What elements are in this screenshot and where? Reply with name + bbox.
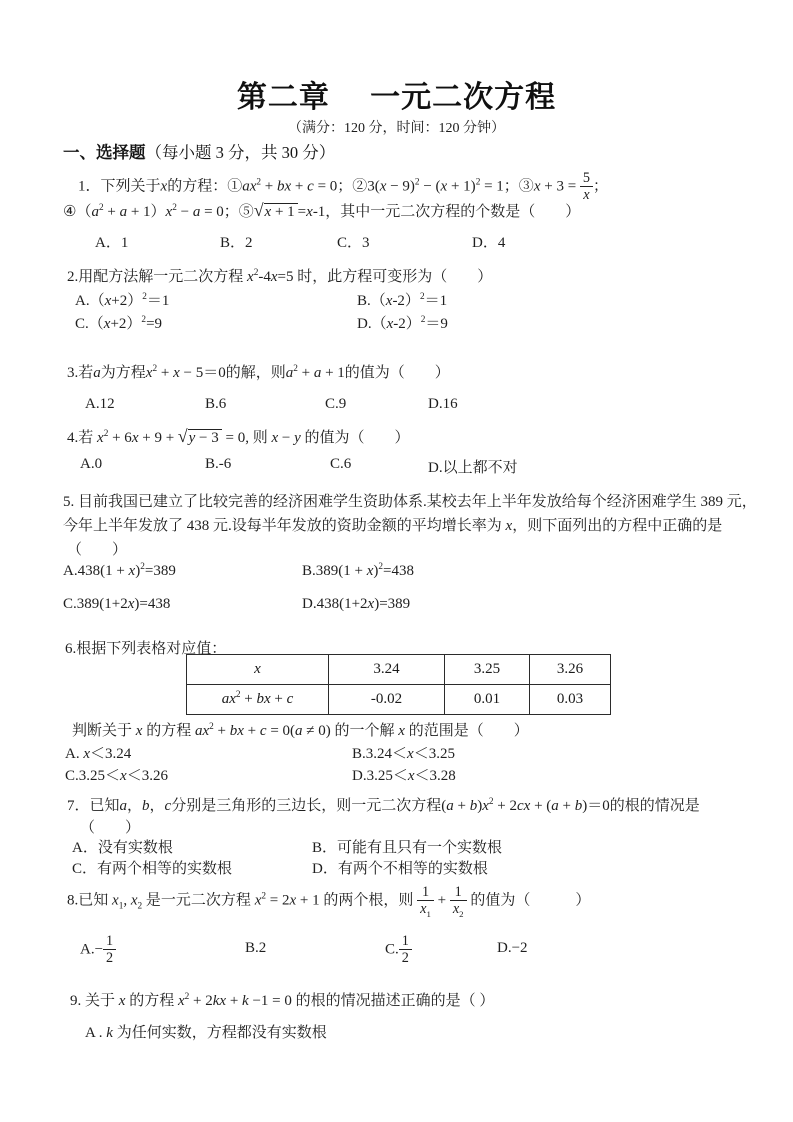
q5-option-b: B.389(1 + x)2=438 <box>302 563 414 580</box>
q6-cell: 0.01 <box>445 685 530 715</box>
q6-option-d: D.3.25＜x＜3.28 <box>352 764 456 785</box>
q7-line1: 7．已知a，b，c分别是三角形的三边长，则一元二次方程(a + b)x2 + 2… <box>67 794 700 815</box>
page-subtitle: （满分：120 分，时间：120 分钟） <box>0 117 793 137</box>
q6-cell-x-header: x <box>187 655 329 685</box>
q6-table-row2: ax2 + bx + c -0.02 0.01 0.03 <box>187 685 611 715</box>
q6-option-b: B.3.24＜x＜3.25 <box>352 742 455 763</box>
exam-page: 第二章 一元二次方程 （满分：120 分，时间：120 分钟） 一、选择题（每小… <box>0 0 793 1122</box>
q1-option-d: D．4 <box>472 231 505 252</box>
q2-option-c: C.（x+2）2=9 <box>75 312 162 333</box>
q7-line2: （ ） <box>80 816 140 837</box>
q6-cell: 3.26 <box>530 655 611 685</box>
q3-option-c: C.9 <box>325 396 346 413</box>
q2-text: 2.用配方法解一元二次方程 x2-4x=5 时，此方程可变形为（ ） <box>67 265 492 286</box>
q1-option-b: B．2 <box>220 231 253 252</box>
q4-option-a: A.0 <box>80 456 102 473</box>
q4-option-d: D.以上都不对 <box>428 456 518 477</box>
q5-option-d: D.438(1+2x)=389 <box>302 596 410 613</box>
q4-text: 4.若 x2 + 6x + 9 + √y − 3 = 0, 则 x − y 的值… <box>67 426 410 447</box>
q8-option-b: B.2 <box>245 940 266 957</box>
q1-option-a: A．1 <box>95 231 128 252</box>
q8-option-c: C.12 <box>385 933 412 967</box>
section-heading: 一、选择题（每小题 3 分，共 30 分） <box>63 139 335 163</box>
q1-line2: ④（a2 + a + 1）x2 − a = 0；⑤√x + 1=x-1，其中一元… <box>63 200 580 221</box>
q6-option-c: C.3.25＜x＜3.26 <box>65 764 168 785</box>
q9-option-a: A . k 为任何实数，方程都没有实数根 <box>85 1021 327 1042</box>
q5-option-a: A.438(1 + x)2=389 <box>63 563 176 580</box>
q7-option-b: B．可能有且只有一个实数根 <box>312 836 502 857</box>
q2-option-d: D.（x-2）2＝9 <box>357 312 448 333</box>
page-title: 第二章 一元二次方程 <box>0 72 793 116</box>
q5-line1: 5. 目前我国已建立了比较完善的经济困难学生资助体系.某校去年上半年发放给每个经… <box>63 490 757 511</box>
section-title: 一、选择题 <box>63 143 146 162</box>
q6-cell: 0.03 <box>530 685 611 715</box>
q9-text: 9. 关于 x 的方程 x2 + 2kx + k −1 = 0 的根的情况描述正… <box>70 989 494 1010</box>
q8-text: 8.已知 x1, x2 是一元二次方程 x2 = 2x + 1 的两个根，则 1… <box>67 884 590 918</box>
q4-option-c: C.6 <box>330 456 351 473</box>
q6-table: x 3.24 3.25 3.26 ax2 + bx + c -0.02 0.01… <box>186 654 611 715</box>
q3-option-d: D.16 <box>428 396 458 413</box>
q3-text: 3.若a为方程x2 + x − 5＝0的解，则a2 + a + 1的值为（ ） <box>67 361 450 382</box>
q5-line2: 今年上半年发放了 438 元.设每半年发放的资助金额的平均增长率为 x，则下面列… <box>63 514 722 535</box>
q6-table-row1: x 3.24 3.25 3.26 <box>187 655 611 685</box>
q6-cell: 3.24 <box>329 655 445 685</box>
section-note: （每小题 3 分，共 30 分） <box>146 143 336 162</box>
q1-option-c: C．3 <box>337 231 370 252</box>
q1-line1: 1．下列关于x的方程：①ax2 + bx + c = 0；②3(x − 9)2 … <box>78 170 608 204</box>
q5-option-c: C.389(1+2x)=438 <box>63 596 170 613</box>
q3-option-b: B.6 <box>205 396 226 413</box>
q8-option-a: A.−12 <box>80 933 116 967</box>
q7-option-d: D．有两个不相等的实数根 <box>312 857 488 878</box>
q8-option-d: D.−2 <box>497 940 528 957</box>
q3-option-a: A.12 <box>85 396 115 413</box>
q2-option-b: B.（x-2）2＝1 <box>357 289 447 310</box>
q4-option-b: B.-6 <box>205 456 231 473</box>
q6-line2: 判断关于 x 的方程 ax2 + bx + c = 0(a ≠ 0) 的一个解 … <box>72 719 529 740</box>
q6-cell: 3.25 <box>445 655 530 685</box>
q6-cell-expr-header: ax2 + bx + c <box>187 685 329 715</box>
q6-option-a: A. x＜3.24 <box>65 742 131 763</box>
q7-option-c: C．有两个相等的实数根 <box>72 857 232 878</box>
q7-option-a: A．没有实数根 <box>72 836 173 857</box>
q5-line3: （ ） <box>67 538 127 559</box>
q6-cell: -0.02 <box>329 685 445 715</box>
q2-option-a: A.（x+2）2＝1 <box>75 289 169 310</box>
